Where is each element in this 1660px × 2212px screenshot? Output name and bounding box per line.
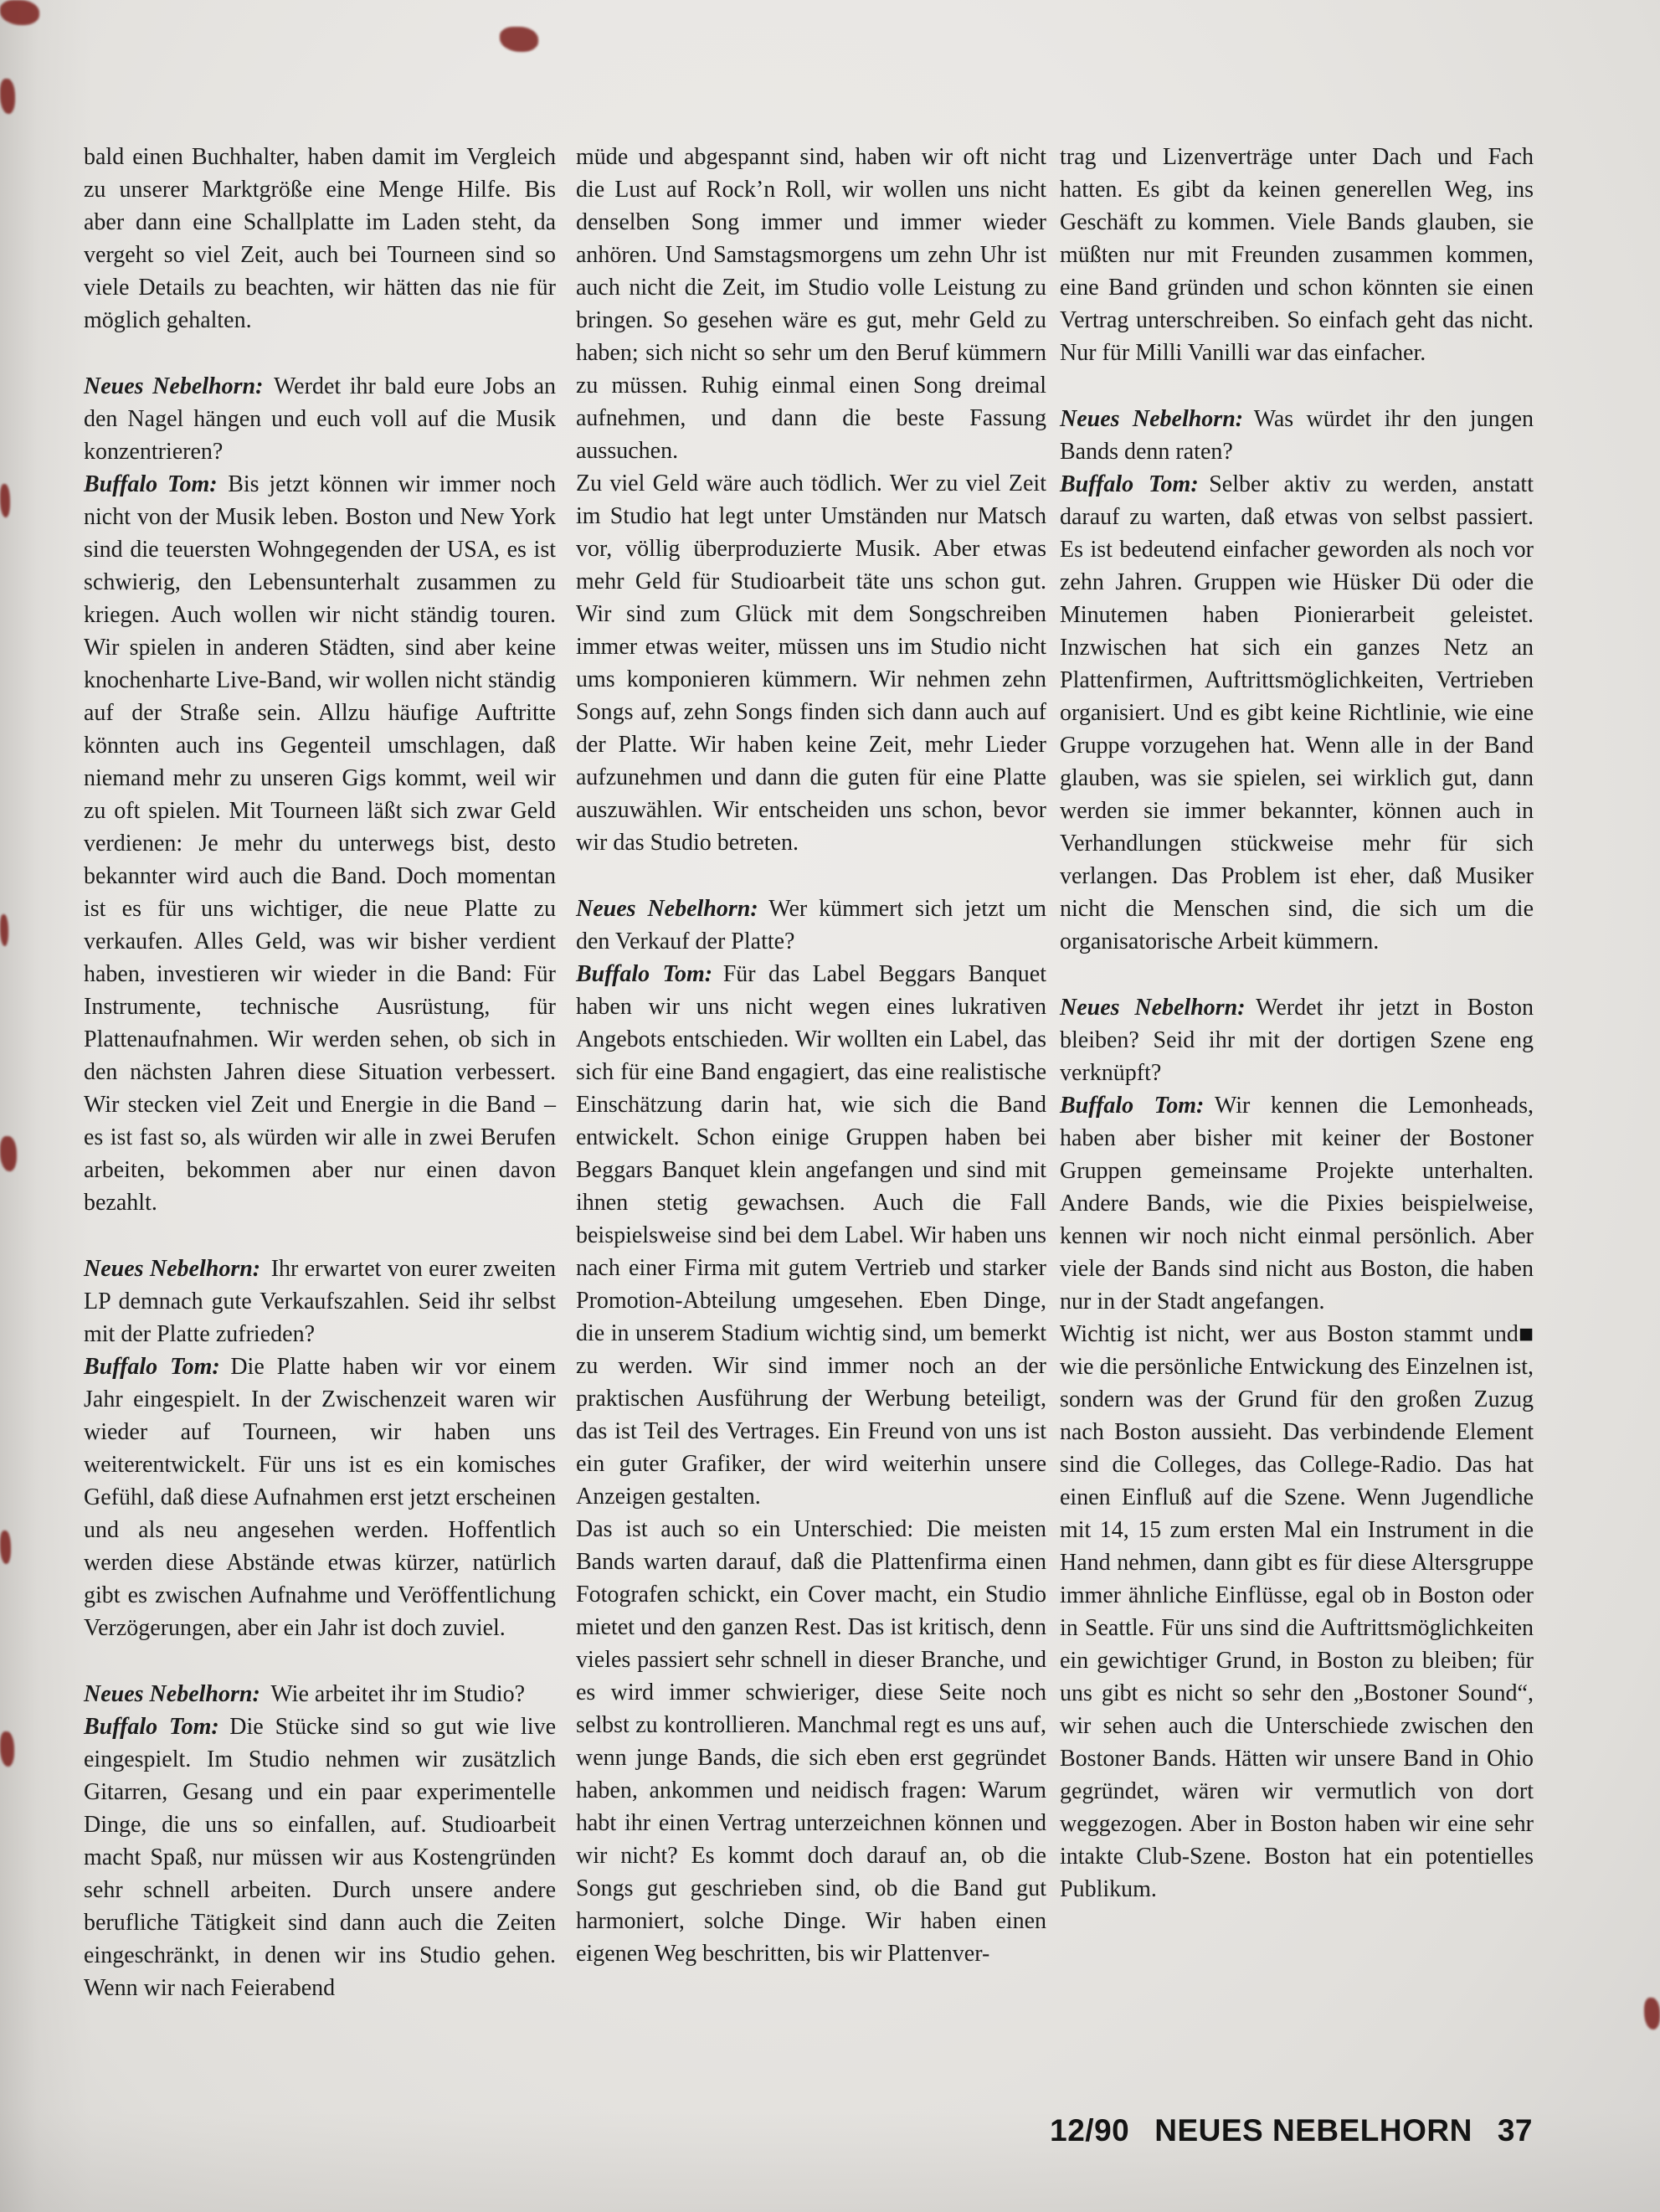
paragraph-text: Wichtig ist nicht, wer aus Boston stammt… xyxy=(1060,1321,1534,1902)
end-of-article-square-icon: ■ xyxy=(1519,1318,1534,1350)
red-ink-mark xyxy=(0,1731,14,1767)
body-paragraph: Zu viel Geld wäre auch tödlich. Wer zu v… xyxy=(576,467,1046,859)
text-column-2: müde und abgespannt sind, haben wir oft … xyxy=(576,141,1046,1970)
paragraph-text: bald einen Buchhalter, haben damit im Ve… xyxy=(84,144,556,333)
body-paragraph: bald einen Buchhalter, haben damit im Ve… xyxy=(84,141,556,337)
speaker-label: Buffalo Tom: xyxy=(84,1714,219,1740)
footer-magazine-title: NEUES NEBELHORN xyxy=(1154,2113,1472,2148)
interview-question: Neues Nebelhorn:Was würdet ihr den junge… xyxy=(1060,403,1534,468)
interview-question: Neues Nebelhorn:Wer kümmert sich jetzt u… xyxy=(576,893,1046,958)
body-paragraph: trag und Lizenverträge unter Dach und Fa… xyxy=(1060,141,1534,369)
speaker-label: Buffalo Tom: xyxy=(84,1354,220,1380)
interview-answer: Buffalo Tom:Für das Label Beggars Banque… xyxy=(576,958,1046,1513)
paragraph-text: Wie arbeitet ihr im Studio? xyxy=(270,1681,525,1707)
body-paragraph: müde und abgespannt sind, haben wir oft … xyxy=(576,141,1046,467)
magazine-page: bald einen Buchhalter, haben damit im Ve… xyxy=(0,0,1660,2212)
body-paragraph: Das ist auch so ein Unterschied: Die mei… xyxy=(576,1513,1046,1970)
speaker-label: Buffalo Tom: xyxy=(576,961,712,987)
interview-question: Neues Nebelhorn:Ihr erwartet von eurer z… xyxy=(84,1253,556,1350)
speaker-label: Neues Nebelhorn: xyxy=(84,1256,260,1282)
interview-answer: Buffalo Tom:Die Platte haben wir vor ein… xyxy=(84,1350,556,1644)
interview-answer: Buffalo Tom:Die Stücke sind so gut wie l… xyxy=(84,1710,556,2004)
red-ink-mark xyxy=(0,79,15,114)
paragraph-text: Das ist auch so ein Unterschied: Die mei… xyxy=(576,1516,1046,1967)
red-ink-mark xyxy=(0,484,10,517)
paragraph-text: Die Stücke sind so gut wie live eingespi… xyxy=(84,1714,556,2001)
interview-answer: Buffalo Tom:Selber aktiv zu werden, anst… xyxy=(1060,468,1534,958)
paragraph-text: Die Platte haben wir vor einem Jahr eing… xyxy=(84,1354,556,1641)
red-ink-mark xyxy=(0,1136,17,1171)
interview-answer: Buffalo Tom:Bis jetzt können wir immer n… xyxy=(84,468,556,1219)
speaker-label: Neues Nebelhorn: xyxy=(84,1681,260,1707)
red-ink-mark xyxy=(0,914,8,946)
paragraph-text: Für das Label Beggars Banquet haben wir … xyxy=(576,961,1046,1510)
paragraph-text: Wir kennen die Lemonheads, haben aber bi… xyxy=(1060,1093,1534,1314)
red-ink-mark xyxy=(1644,1998,1660,2029)
paragraph-text: müde und abgespannt sind, haben wir oft … xyxy=(576,144,1046,464)
speaker-label: Neues Nebelhorn: xyxy=(576,896,758,922)
footer-issue-number: 12/90 xyxy=(1050,2113,1129,2148)
body-paragraph: ■Wichtig ist nicht, wer aus Boston stamm… xyxy=(1060,1318,1534,1906)
paragraph-text: trag und Lizenverträge unter Dach und Fa… xyxy=(1060,144,1534,366)
red-ink-mark xyxy=(0,1530,11,1564)
text-column-1: bald einen Buchhalter, haben damit im Ve… xyxy=(84,141,556,2004)
paragraph-text: Bis jetzt können wir immer noch nicht vo… xyxy=(84,471,556,1216)
text-column-3: trag und Lizenverträge unter Dach und Fa… xyxy=(1060,141,1534,1906)
speaker-label: Buffalo Tom: xyxy=(1060,471,1199,497)
speaker-label: Neues Nebelhorn: xyxy=(1060,995,1246,1021)
interview-question: Neues Nebelhorn:Wie arbeitet ihr im Stud… xyxy=(84,1678,556,1710)
paragraph-text: Selber aktiv zu werden, anstatt darauf z… xyxy=(1060,471,1534,954)
interview-answer: Buffalo Tom:Wir kennen die Lemonheads, h… xyxy=(1060,1089,1534,1318)
speaker-label: Buffalo Tom: xyxy=(84,471,218,497)
interview-question: Neues Nebelhorn:Werdet ihr jetzt in Bost… xyxy=(1060,991,1534,1089)
red-ink-mark xyxy=(500,27,538,52)
speaker-label: Buffalo Tom: xyxy=(1060,1093,1204,1119)
interview-question: Neues Nebelhorn:Werdet ihr bald eure Job… xyxy=(84,370,556,468)
red-ink-mark xyxy=(0,0,39,25)
speaker-label: Neues Nebelhorn: xyxy=(84,373,263,399)
paragraph-text: Zu viel Geld wäre auch tödlich. Wer zu v… xyxy=(576,471,1046,856)
footer-page-number: 37 xyxy=(1498,2113,1533,2148)
page-footer: 12/90NEUES NEBELHORN37 xyxy=(0,2113,1533,2148)
speaker-label: Neues Nebelhorn: xyxy=(1060,406,1243,432)
